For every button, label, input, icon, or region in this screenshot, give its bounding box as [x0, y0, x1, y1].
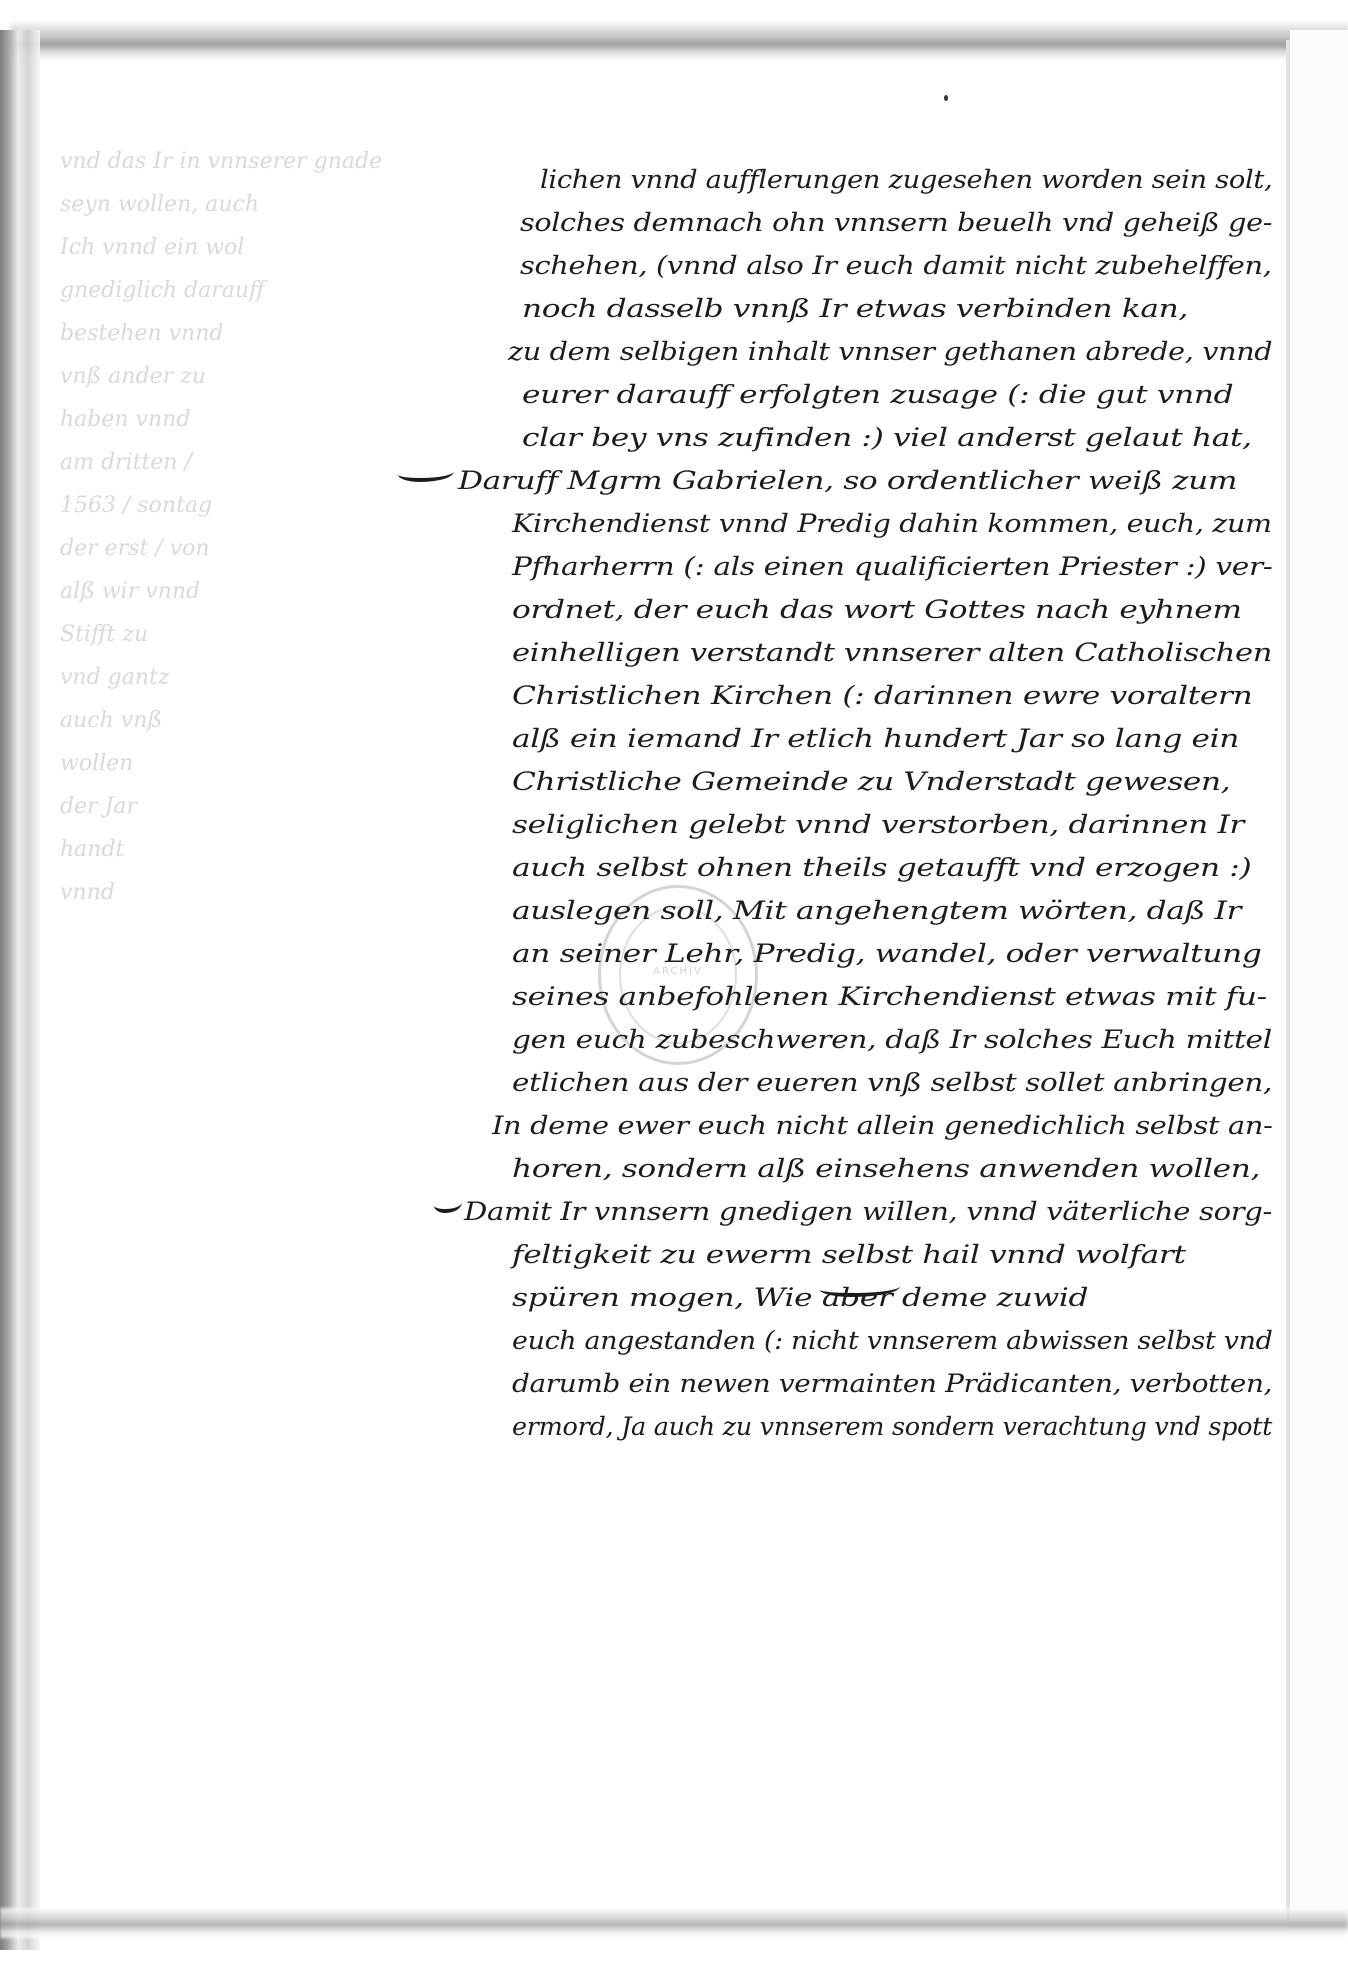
- manuscript-line: seliglichen gelebt vnnd verstorben, dari…: [512, 810, 1244, 839]
- bleed-through-line: gnediglich darauff: [60, 269, 530, 312]
- page-fold-line: [1286, 40, 1290, 1920]
- manuscript-line: Christlichen Kirchen (: darinnen ewre vo…: [512, 681, 1252, 710]
- manuscript-line: spüren mogen, Wie aber deme zuwid: [512, 1283, 1088, 1312]
- manuscript-line: gen euch zubeschweren, daß Ir solches Eu…: [512, 1025, 1272, 1054]
- manuscript-line: lichen vnnd aufflerungen zugesehen worde…: [540, 165, 1272, 194]
- bleed-through-line: Ich vnnd ein wol: [60, 226, 530, 269]
- manuscript-line: solches demnach ohn vnnsern beuelh vnd g…: [520, 208, 1272, 237]
- manuscript-line: Damit Ir vnnsern gnedigen willen, vnnd v…: [464, 1197, 1272, 1226]
- bleed-through-line: haben vnnd: [60, 398, 530, 441]
- bleed-through-line: vnd das Ir in vnnserer gnade: [60, 140, 530, 183]
- bleed-through-line: wollen: [60, 742, 530, 785]
- manuscript-line: Christliche Gemeinde zu Vnderstadt gewes…: [512, 767, 1230, 796]
- manuscript-line: zu dem selbigen inhalt vnnser gethanen a…: [508, 337, 1272, 366]
- manuscript-line: alß ein iemand Ir etlich hundert Jar so …: [512, 724, 1239, 753]
- page-bottom-edge: [0, 1908, 1348, 1938]
- manuscript-line: clar bey vns zufinden :) viel anderst ge…: [522, 423, 1252, 452]
- bleed-through-line: der Jar: [60, 785, 530, 828]
- page-top-edge: [10, 20, 1348, 60]
- manuscript-line: einhelligen verstandt vnnserer alten Cat…: [512, 638, 1272, 667]
- manuscript-line: ermord, Ja auch zu vnnserem sondern vera…: [512, 1412, 1272, 1441]
- manuscript-line: In deme ewer euch nicht allein genedichl…: [492, 1111, 1273, 1140]
- ink-spot: [944, 95, 948, 101]
- bleed-through-line: seyn wollen, auch: [60, 183, 530, 226]
- page-left-edge: [0, 30, 40, 1950]
- bleed-through-line: vnnd: [60, 871, 530, 914]
- manuscript-line: eurer darauff erfolgten zusage (: die gu…: [522, 380, 1233, 409]
- manuscript-line: euch angestanden (: nicht vnnserem abwis…: [512, 1326, 1272, 1355]
- manuscript-line: auslegen soll, Mit angehengtem wörten, d…: [512, 896, 1241, 925]
- manuscript-line: schehen, (vnnd also Ir euch damit nicht …: [520, 251, 1272, 280]
- manuscript-line: an seiner Lehr, Predig, wandel, oder ver…: [512, 939, 1261, 968]
- manuscript-line: ordnet, der euch das wort Gottes nach ey…: [512, 595, 1242, 624]
- manuscript-line: seines anbefohlenen Kirchendienst etwas …: [512, 982, 1267, 1011]
- manuscript-line: Daruff Mgrm Gabrielen, so ordentlicher w…: [458, 466, 1237, 495]
- bleed-through-line: der erst / von: [60, 527, 530, 570]
- bleed-through-line: alß wir vnnd: [60, 570, 530, 613]
- manuscript-line: darumb ein newen vermainten Prädicanten,…: [512, 1369, 1272, 1398]
- bleed-through-line: vnd gantz: [60, 656, 530, 699]
- bleed-through-line: vnß ander zu: [60, 355, 530, 398]
- manuscript-line: auch selbst ohnen theils getaufft vnd er…: [512, 853, 1251, 882]
- bleed-through-line: auch vnß: [60, 699, 530, 742]
- bleed-through-text: vnd das Ir in vnnserer gnade seyn wollen…: [60, 140, 530, 914]
- manuscript-line: horen, sondern alß einsehens anwenden wo…: [512, 1154, 1260, 1183]
- facing-page-strip: [1290, 30, 1348, 1930]
- manuscript-line: noch dasselb vnnß Ir etwas verbinden kan…: [522, 294, 1188, 323]
- manuscript-line: feltigkeit zu ewerm selbst hail vnnd wol…: [512, 1240, 1186, 1269]
- bleed-through-line: Stifft zu: [60, 613, 530, 656]
- manuscript-line: etlichen aus der eueren vnß selbst solle…: [512, 1068, 1272, 1097]
- manuscript-line: Pfharherrn (: als einen qualificierten P…: [512, 552, 1272, 581]
- bleed-through-line: bestehen vnnd: [60, 312, 530, 355]
- flourish-mark: [434, 1195, 462, 1213]
- manuscript-line: Kirchendienst vnnd Predig dahin kommen, …: [512, 509, 1272, 538]
- bleed-through-line: handt: [60, 828, 530, 871]
